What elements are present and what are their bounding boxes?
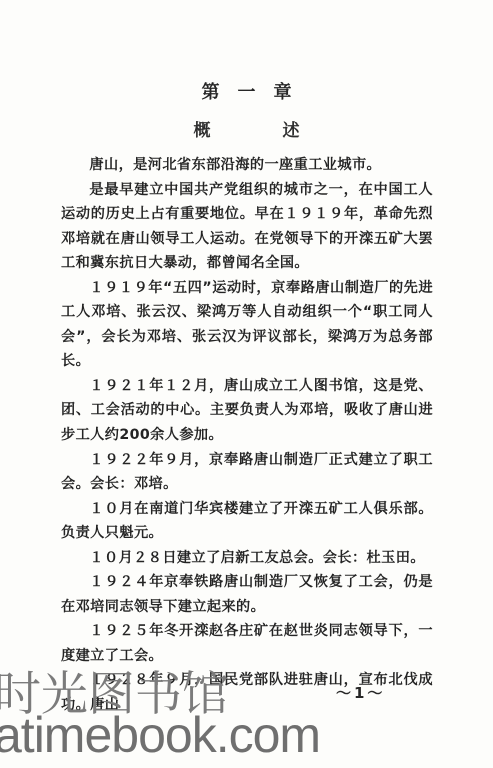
body-text: 唐山，是河北省东部沿海的一座重工业城市。 是最早建立中国共产党组织的城市之一，在… [61,153,433,718]
watermark-site-url: atimebook.com [0,706,320,764]
paragraph: １９２４年京奉铁路唐山制造厂又恢复了工会，仍是在邓培同志领导下建立起来的。 [61,570,433,619]
paragraph: １９２１年１２月，唐山成立工人图书馆，这是党、团、工会活动的中心。主要负责人为邓… [61,374,433,448]
scanned-book-page: 第 一 章 概 述 唐山，是河北省东部沿海的一座重工业城市。 是最早建立中国共产… [0,0,493,768]
section-title-char-right: 述 [283,116,300,141]
paragraph: 唐山，是河北省东部沿海的一座重工业城市。 [61,153,433,178]
paragraph: １９１９年“五四”运动时，京奉路唐山制造厂的先进工人邓培、张云汉、梁鸿万等人自动… [61,276,433,374]
paragraph: 是最早建立中国共产党组织的城市之一，在中国工人运动的历史上占有重要地位。早在１９… [61,178,433,276]
paragraph: １０月在南道门华宾楼建立了开滦五矿工人俱乐部。负责人只魁元。 [61,497,433,546]
section-title-char-left: 概 [194,116,211,141]
paragraph: １９２２年９月，京奉路唐山制造厂正式建立了职工会。会长：邓培。 [61,448,433,497]
paragraph: １０月２８日建立了启新工友总会。会长：杜玉田。 [61,546,433,571]
section-title: 概 述 [0,116,493,141]
page-number: ～1～ [336,682,385,703]
chapter-title: 第 一 章 [0,78,493,104]
